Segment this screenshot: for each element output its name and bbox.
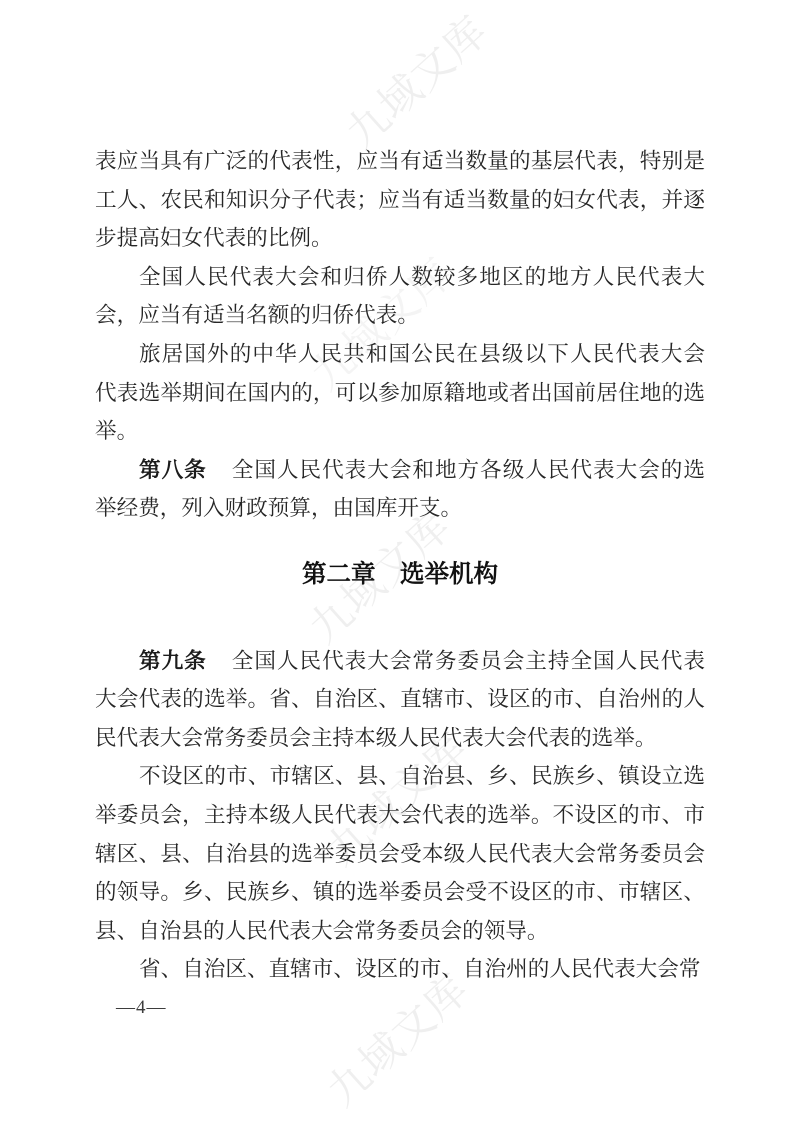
document-page: 九域文库 九域文库 九域文库 九域文库 九域文库 表应当具有广泛的代表性，应当有…	[0, 0, 793, 1122]
line-text: 全国人民代表大会和地方各级人民代表大会的选	[231, 458, 705, 482]
text-line: 的领导。乡、民族乡、镇的选举委员会受不设区的市、市辖区、	[95, 873, 705, 912]
document-body: 表应当具有广泛的代表性，应当有适当数量的基层代表，特别是工人、农民和知识分子代表…	[95, 142, 705, 989]
text-line: 辖区、县、自治县的选举委员会受本级人民代表大会常务委员会	[95, 835, 705, 874]
para-returned-overseas-chinese: 全国人民代表大会和归侨人数较多地区的地方人民代表大会，应当有适当名额的归侨代表。	[95, 258, 705, 335]
text-line: 表应当具有广泛的代表性，应当有适当数量的基层代表，特别是	[95, 142, 705, 181]
text-line: 县、自治县的人民代表大会常务委员会的领导。	[95, 912, 705, 951]
text-line: 旅居国外的中华人民共和国公民在县级以下人民代表大会	[95, 335, 705, 374]
text-line: 第八条全国人民代表大会和地方各级人民代表大会的选	[95, 451, 705, 490]
text-line: 不设区的市、市辖区、县、自治县、乡、民族乡、镇设立选	[95, 757, 705, 796]
article-number: 第九条	[139, 648, 207, 673]
text-line: 举经费，列入财政预算，由国库开支。	[95, 489, 705, 528]
para-provincial-congress: 省、自治区、直辖市、设区的市、自治州的人民代表大会常	[95, 950, 705, 989]
para-article-8: 第八条全国人民代表大会和地方各级人民代表大会的选举经费，列入财政预算，由国库开支…	[95, 451, 705, 528]
watermark-text: 九域文库	[331, 0, 499, 160]
para-citizens-abroad: 旅居国外的中华人民共和国公民在县级以下人民代表大会代表选举期间在国内的，可以参加…	[95, 335, 705, 451]
text-line: 大会代表的选举。省、自治区、直辖市、设区的市、自治州的人	[95, 680, 705, 719]
para-representation-quality: 表应当具有广泛的代表性，应当有适当数量的基层代表，特别是工人、农民和知识分子代表…	[95, 142, 705, 258]
text-line: 代表选举期间在国内的，可以参加原籍地或者出国前居住地的选	[95, 374, 705, 413]
text-line: 步提高妇女代表的比例。	[95, 219, 705, 258]
para-article-9: 第九条全国人民代表大会常务委员会主持全国人民代表大会代表的选举。省、自治区、直辖…	[95, 642, 705, 758]
text-line: 工人、农民和知识分子代表；应当有适当数量的妇女代表，并逐	[95, 181, 705, 220]
text-line: 省、自治区、直辖市、设区的市、自治州的人民代表大会常	[95, 950, 705, 989]
para-election-committees: 不设区的市、市辖区、县、自治县、乡、民族乡、镇设立选举委员会，主持本级人民代表大…	[95, 757, 705, 950]
line-text: 全国人民代表大会常务委员会主持全国人民代表	[231, 649, 705, 673]
chapter-2-heading: 第二章 选举机构	[95, 556, 705, 595]
text-line: 第九条全国人民代表大会常务委员会主持全国人民代表	[95, 642, 705, 681]
text-line: 举。	[95, 412, 705, 451]
text-line: 举委员会，主持本级人民代表大会代表的选举。不设区的市、市	[95, 796, 705, 835]
page-number: —4—	[116, 997, 167, 1019]
article-number: 第八条	[139, 457, 207, 482]
text-line: 全国人民代表大会和归侨人数较多地区的地方人民代表大	[95, 258, 705, 297]
text-line: 会，应当有适当名额的归侨代表。	[95, 296, 705, 335]
text-line: 民代表大会常务委员会主持本级人民代表大会代表的选举。	[95, 719, 705, 758]
